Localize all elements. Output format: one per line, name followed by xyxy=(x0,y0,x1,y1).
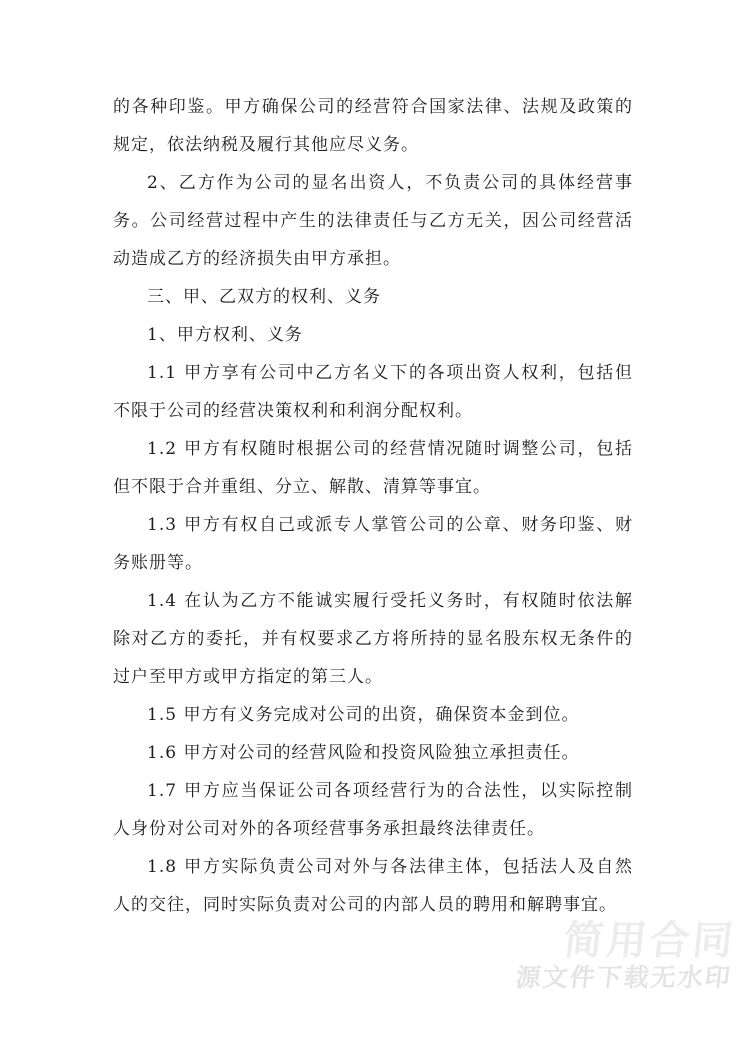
document-body: 的各种印鉴。甲方确保公司的经营符合国家法律、法规及政策的规定，依法纳税及履行其他… xyxy=(113,88,633,924)
paragraph: 1.4 在认为乙方不能诚实履行受托义务时，有权随时依法解除对乙方的委托，并有权要… xyxy=(113,582,633,696)
paragraph: 1.7 甲方应当保证公司各项经营行为的合法性，以实际控制人身份对公司对外的各项经… xyxy=(113,772,633,848)
subsection-heading: 1、甲方权利、义务 xyxy=(113,316,633,354)
paragraph: 1.3 甲方有权自己或派专人掌管公司的公章、财务印鉴、财务账册等。 xyxy=(113,506,633,582)
watermark: 简用合同 源文件下载无水印 xyxy=(514,919,738,993)
watermark-brand-text: 简用合同 xyxy=(517,919,738,963)
paragraph: 1.6 甲方对公司的经营风险和投资风险独立承担责任。 xyxy=(113,734,633,772)
paragraph: 的各种印鉴。甲方确保公司的经营符合国家法律、法规及政策的规定，依法纳税及履行其他… xyxy=(113,88,633,164)
section-heading: 三、甲、乙双方的权利、义务 xyxy=(113,278,633,316)
watermark-tagline-text: 源文件下载无水印 xyxy=(514,963,733,993)
paragraph: 1.1 甲方享有公司中乙方名义下的各项出资人权利，包括但不限于公司的经营决策权利… xyxy=(113,354,633,430)
paragraph: 2、乙方作为公司的显名出资人，不负责公司的具体经营事务。公司经营过程中产生的法律… xyxy=(113,164,633,278)
document-page: 的各种印鉴。甲方确保公司的经营符合国家法律、法规及政策的规定，依法纳税及履行其他… xyxy=(0,0,742,1049)
paragraph: 1.8 甲方实际负责公司对外与各法律主体，包括法人及自然人的交往，同时实际负责对… xyxy=(113,848,633,924)
paragraph: 1.2 甲方有权随时根据公司的经营情况随时调整公司，包括但不限于合并重组、分立、… xyxy=(113,430,633,506)
paragraph: 1.5 甲方有义务完成对公司的出资，确保资本金到位。 xyxy=(113,696,633,734)
